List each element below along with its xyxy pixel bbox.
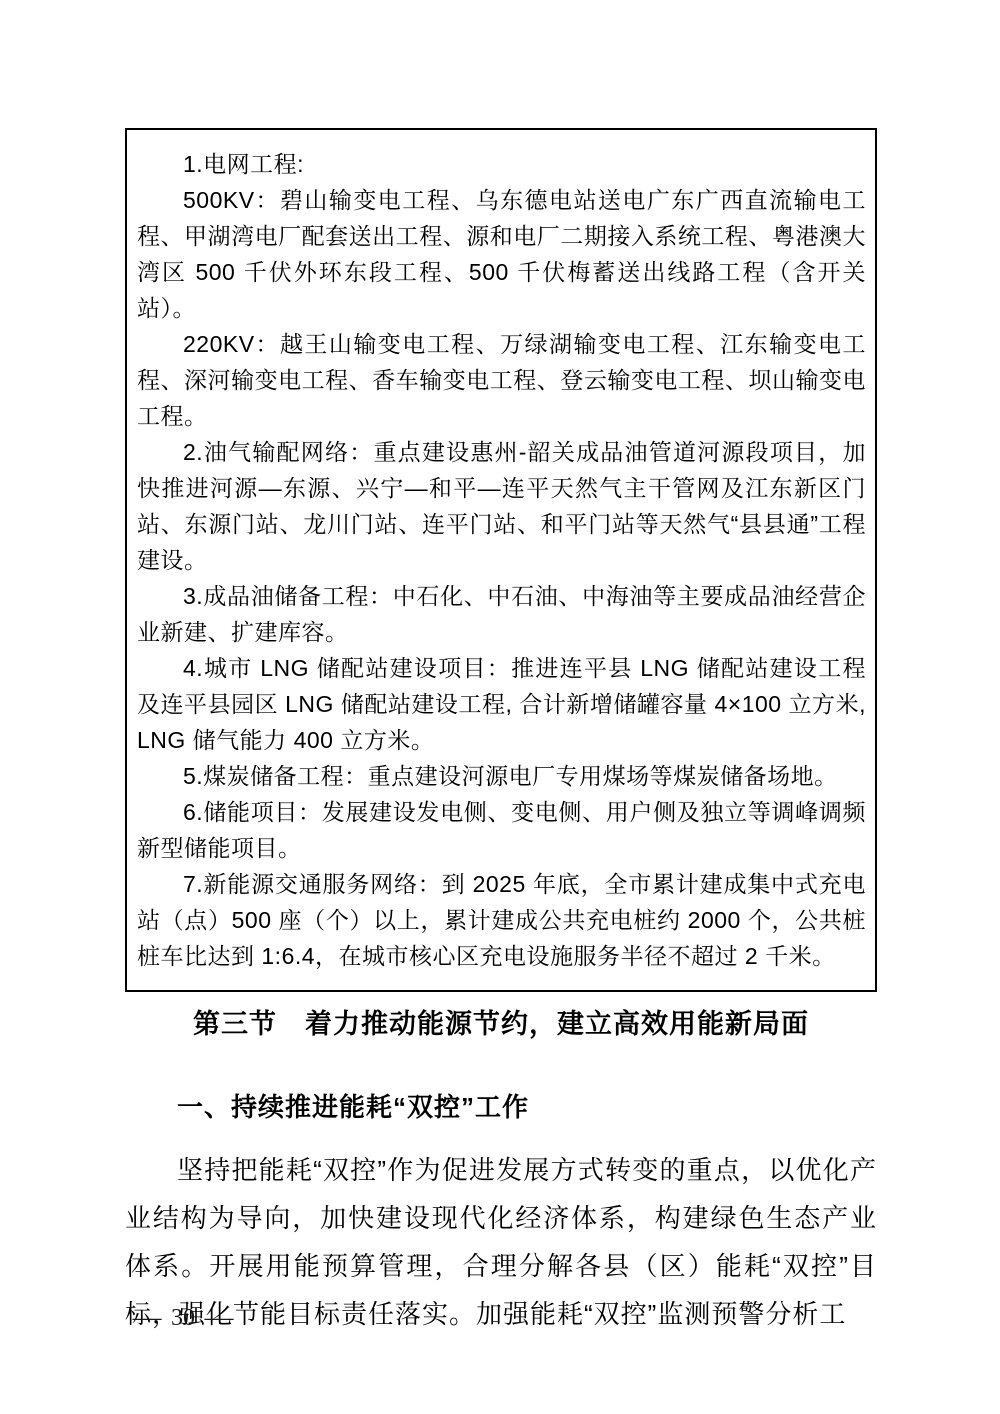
section-heading: 第三节 着力推动能源节约，建立高效用能新局面 [125, 1006, 877, 1042]
box-paragraph: 1.电网工程: [137, 146, 866, 182]
box-paragraph: 5.煤炭储备工程：重点建设河源电厂专用煤场等煤炭储备场地。 [137, 758, 866, 794]
page-number: 30 [171, 1303, 195, 1333]
box-paragraph: 3.成品油储备工程：中石化、中石油、中海油等主要成品油经营企业新建、扩建库容。 [137, 578, 866, 650]
page-footer: — 30 — [135, 1303, 231, 1333]
body-paragraph: 坚持把能耗“双控”作为促进发展方式转变的重点，以优化产业结构为导向，加快建设现代… [125, 1146, 877, 1338]
box-paragraph: 6.储能项目：发展建设发电侧、变电侧、用户侧及独立等调峰调频新型储能项目。 [137, 794, 866, 866]
footer-dash-left: — [133, 1303, 162, 1333]
box-paragraph: 500KV：碧山输变电工程、乌东德电站送电广东广西直流输电工程、甲湖湾电厂配套送… [137, 182, 866, 326]
subsection-heading: 一、持续推进能耗“双控”工作 [125, 1090, 877, 1124]
box-paragraph: 4.城市 LNG 储配站建设项目：推进连平县 LNG 储配站建设工程及连平县园区… [137, 650, 866, 758]
key-projects-box: 1.电网工程: 500KV：碧山输变电工程、乌东德电站送电广东广西直流输电工程、… [125, 128, 877, 992]
page-content: 1.电网工程: 500KV：碧山输变电工程、乌东德电站送电广东广西直流输电工程、… [125, 128, 877, 1338]
box-paragraph: 220KV：越王山输变电工程、万绿湖输变电工程、江东输变电工程、深河输变电工程、… [137, 326, 866, 434]
box-paragraph: 7.新能源交通服务网络：到 2025 年底，全市累计建成集中式充电站（点）500… [137, 866, 866, 974]
footer-dash-right: — [205, 1303, 234, 1333]
box-paragraph: 2.油气输配网络：重点建设惠州-韶关成品油管道河源段项目，加快推进河源—东源、兴… [137, 434, 866, 578]
document-page: 1.电网工程: 500KV：碧山输变电工程、乌东德电站送电广东广西直流输电工程、… [0, 0, 1000, 1414]
